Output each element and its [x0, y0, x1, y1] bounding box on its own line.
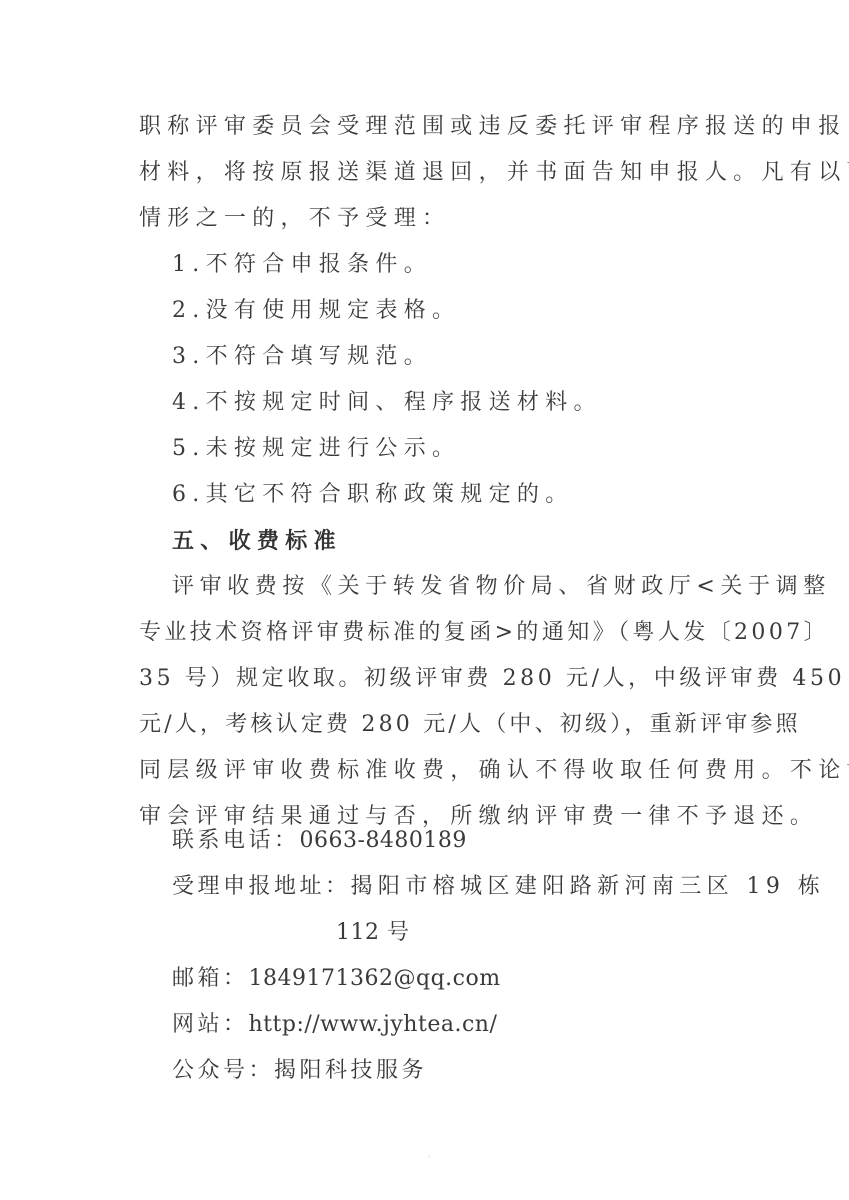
- phone-value: 0663-8480189: [300, 828, 467, 853]
- intro-line-1: 职称评审委员会受理范围或违反委托评审程序报送的申报: [139, 112, 739, 142]
- address-value-line-2: 112 号: [336, 918, 849, 948]
- email-value: 1849171362@qq.com: [249, 966, 501, 991]
- condition-item-5: 5.未按规定进行公示。: [172, 434, 772, 464]
- fee-paragraph-line-3: 35 号）规定收取。初级评审费 280 元/人，中级评审费 450: [139, 664, 739, 694]
- contact-wechat: 公众号：揭阳科技服务: [172, 1056, 772, 1086]
- website-label: 网站：: [172, 1012, 249, 1037]
- wechat-label: 公众号：: [172, 1058, 274, 1083]
- phone-label: 联系电话：: [172, 828, 300, 853]
- email-label: 邮箱：: [172, 966, 249, 991]
- address-label: 受理申报地址：: [172, 874, 351, 899]
- fee-paragraph-line-2: 专业技术资格评审费标准的复函>的通知》（粤人发〔2007〕: [139, 618, 739, 648]
- condition-item-3: 3.不符合填写规范。: [172, 342, 772, 372]
- intro-line-2: 材料，将按原报送渠道退回，并书面告知申报人。凡有以下: [139, 158, 739, 188]
- fee-paragraph-line-5: 同层级评审收费标准收费，确认不得收取任何费用。不论评: [139, 756, 739, 786]
- section-heading-fee-standard: 五、收费标准: [172, 526, 772, 556]
- wechat-value: 揭阳科技服务: [274, 1058, 427, 1083]
- contact-email: 邮箱：1849171362@qq.com: [172, 964, 772, 994]
- contact-address: 受理申报地址：揭阳市榕城区建阳路新河南三区 19 栋: [172, 872, 772, 902]
- contact-website: 网站：http://www.jyhtea.cn/: [172, 1010, 772, 1040]
- scan-speck: [428, 1155, 431, 1158]
- condition-item-4: 4.不按规定时间、程序报送材料。: [172, 388, 772, 418]
- contact-phone: 联系电话：0663-8480189: [172, 826, 772, 856]
- condition-item-1: 1.不符合申报条件。: [172, 250, 772, 280]
- intro-line-3: 情形之一的，不予受理：: [139, 204, 739, 234]
- website-value: http://www.jyhtea.cn/: [249, 1012, 498, 1037]
- condition-item-2: 2.没有使用规定表格。: [172, 296, 772, 326]
- fee-paragraph-line-4: 元/人，考核认定费 280 元/人（中、初级），重新评审参照: [139, 710, 739, 740]
- condition-item-6: 6.其它不符合职称政策规定的。: [172, 480, 772, 510]
- address-value-line-1: 揭阳市榕城区建阳路新河南三区 19 栋: [351, 874, 826, 899]
- fee-paragraph-line-1: 评审收费按《关于转发省物价局、省财政厅<关于调整: [172, 572, 772, 602]
- document-page: 职称评审委员会受理范围或违反委托评审程序报送的申报 材料，将按原报送渠道退回，并…: [0, 0, 849, 1200]
